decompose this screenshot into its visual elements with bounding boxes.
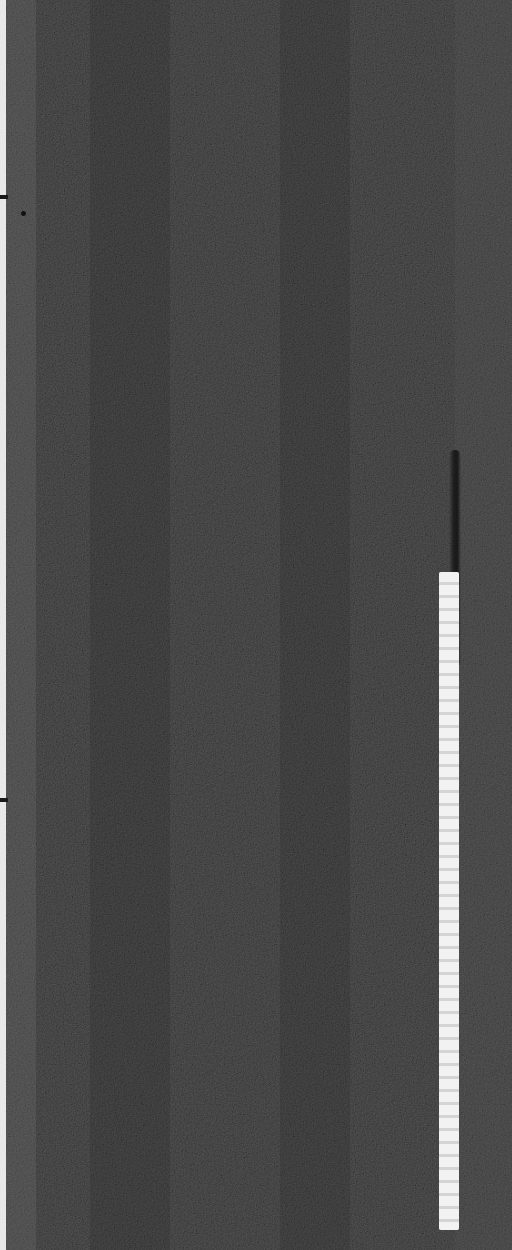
lane-marking <box>439 572 459 1230</box>
light-shoulder-band <box>455 0 512 1250</box>
tire-track-band <box>280 0 350 1250</box>
road-surface-photo <box>0 0 512 1250</box>
asphalt-texture <box>0 0 512 1250</box>
edge-tick-mark <box>0 195 8 199</box>
edge-tick-mark <box>0 798 8 802</box>
tire-track-band <box>90 0 170 1250</box>
pebble <box>21 211 26 216</box>
light-shoulder-band <box>6 0 36 1250</box>
image-edge-strip <box>0 0 6 1250</box>
